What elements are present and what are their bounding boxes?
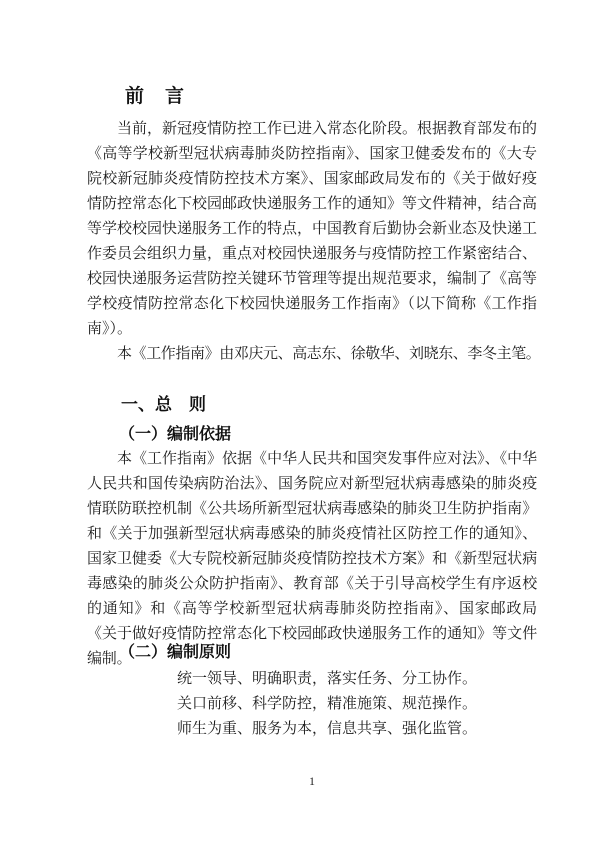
principle-item: 关口前移、科学防控，精准施策、规范操作。 (87, 692, 537, 717)
principle-item: 统一领导、明确职责，落实任务、分工协作。 (87, 667, 537, 692)
section-heading-general-rules: 一、总 则 (87, 391, 206, 419)
subsection-heading-compilation-basis: （一）编制依据 (87, 422, 231, 448)
principles-list: 统一领导、明确职责，落实任务、分工协作。 关口前移、科学防控，精准施策、规范操作… (87, 667, 537, 742)
compilation-basis-paragraph: 本《工作指南》依据《中华人民共和国突发事件应对法》、《中华人民共和国传染病防治法… (87, 447, 537, 672)
page-content: 前 言 当前，新冠疫情防控工作已进入常态化阶段。根据教育部发布的《高等学校新型冠… (87, 0, 537, 848)
document-page: 前 言 当前，新冠疫情防控工作已进入常态化阶段。根据教育部发布的《高等学校新型冠… (0, 0, 600, 848)
page-number: 1 (87, 772, 537, 790)
principle-item: 师生为重、服务为本，信息共享、强化监管。 (87, 717, 537, 742)
preface-byline: 本《工作指南》由邓庆元、高志东、徐敬华、刘晓东、李冬主笔。 (87, 342, 537, 367)
preface-paragraph: 当前，新冠疫情防控工作已进入常态化阶段。根据教育部发布的《高等学校新型冠状病毒肺… (87, 117, 537, 342)
preface-title: 前 言 (87, 83, 185, 111)
subsection-heading-compilation-principles: （二）编制原则 (87, 640, 231, 666)
